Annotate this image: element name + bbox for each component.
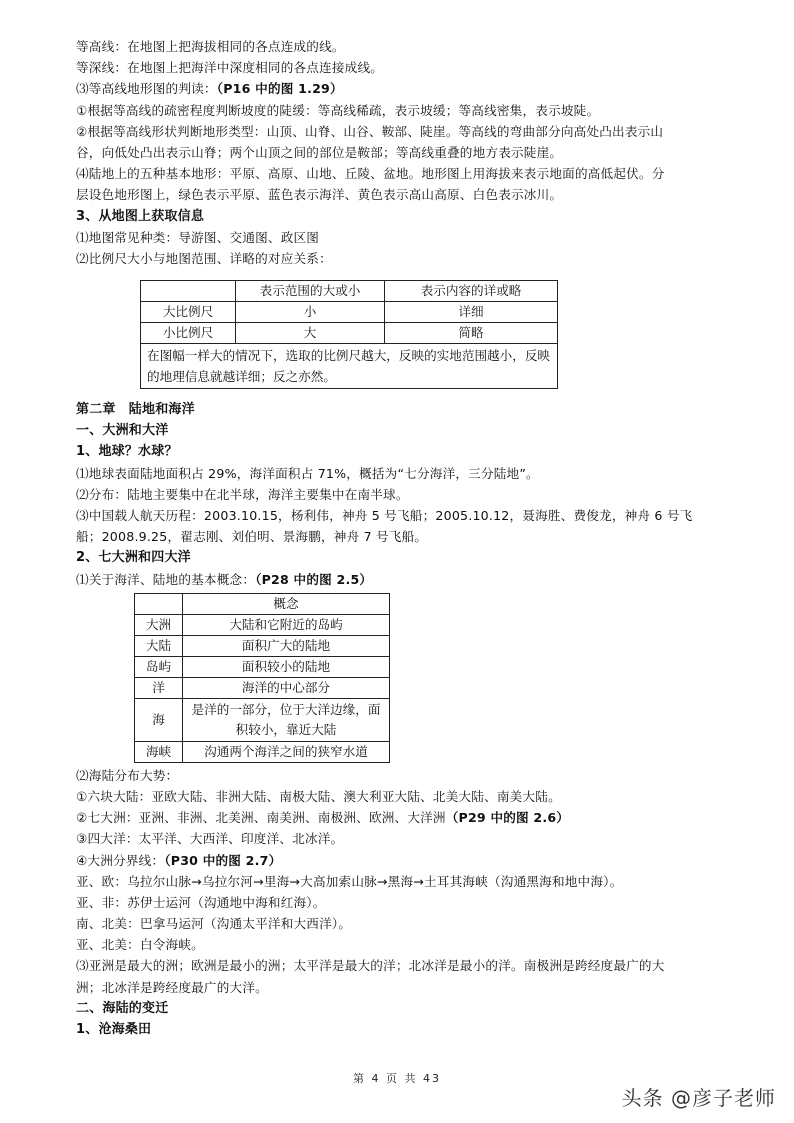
boundary-item: 南、北美：巴拿马运河（沟通太平洋和大西洋）。 bbox=[76, 913, 724, 934]
table-cell: 海峡 bbox=[135, 741, 183, 762]
table-cell: 面积较小的陆地 bbox=[183, 656, 390, 677]
contour-point: 层设色地形图上，绿色表示平原、蓝色表示海洋、黄色表示高山高原、白色表示冰川。 bbox=[76, 184, 724, 205]
table-cell: 海 bbox=[135, 698, 183, 741]
contour-point: 谷，向低处凸出表示山脊；两个山顶之间的部位是鞍部；等高线重叠的地方表示陡崖。 bbox=[76, 142, 724, 163]
sub-item: ⑵分布：陆地主要集中在北半球，海洋主要集中在南半球。 bbox=[76, 484, 724, 505]
sub-item: ⑴地球表面陆地面积占 29%，海洋面积占 71%，概括为“七分海洋，三分陆地”。 bbox=[76, 463, 724, 484]
table-cell: 岛屿 bbox=[135, 656, 183, 677]
table-header-cell: 表示内容的详或略 bbox=[385, 281, 558, 302]
sub-heading: 1、地球？水球？ bbox=[76, 441, 724, 462]
section-item: ⑵比例尺大小与地图范围、详略的对应关系： bbox=[76, 248, 724, 269]
sub-item: 船；2008.9.25，翟志刚、刘伯明、景海鹏，神舟 7 号飞船。 bbox=[76, 526, 724, 547]
boundary-item: 亚、非：苏伊士运河（沟通地中海和红海）。 bbox=[76, 892, 724, 913]
table-cell: 大比例尺 bbox=[141, 302, 236, 323]
table-row: 海 是洋的一部分，位于大洋边缘，面积较小，靠近大陆 bbox=[135, 698, 390, 741]
table-row: 岛屿 面积较小的陆地 bbox=[135, 656, 390, 677]
table-header-row: 概念 bbox=[135, 593, 390, 614]
table-row: 小比例尺 大 简略 bbox=[141, 323, 558, 344]
contour-point: ①根据等高线的疏密程度判断坡度的陡缓：等高线稀疏，表示坡缓；等高线密集，表示坡陡… bbox=[76, 100, 724, 121]
figure-reference: （P16 中的图 1.29） bbox=[217, 81, 343, 96]
figure-reference: （P29 中的图 2.6） bbox=[446, 810, 569, 825]
table-cell: 大陆 bbox=[135, 635, 183, 656]
sub-heading: 2、七大洲和四大洋 bbox=[76, 547, 724, 568]
sub-intro-prefix: ⑴关于海洋、陆地的基本概念： bbox=[76, 572, 255, 587]
watermark: 头条 @彦子老师 bbox=[622, 1082, 776, 1111]
table-cell: 面积广大的陆地 bbox=[183, 635, 390, 656]
table-cell: 海洋的中心部分 bbox=[183, 677, 390, 698]
table-header-cell bbox=[141, 281, 236, 302]
table-row: 大洲 大陆和它附近的岛屿 bbox=[135, 614, 390, 635]
table-cell: 小 bbox=[236, 302, 385, 323]
table-cell: 沟通两个海洋之间的狭窄水道 bbox=[183, 741, 390, 762]
definition-isobath: 等深线：在地图上把海洋中深度相同的各点连接成线。 bbox=[76, 57, 724, 78]
contour-point: ②根据等高线形状判断地形类型：山顶、山脊、山谷、鞍部、陡崖。等高线的弯曲部分向高… bbox=[76, 121, 724, 142]
boundary-item: 亚、北美：白令海峡。 bbox=[76, 934, 724, 955]
table-cell: 简略 bbox=[385, 323, 558, 344]
section-item: ⑴地图常见种类：导游图、交通图、政区图 bbox=[76, 227, 724, 248]
contour-reading-prefix: ⑶等高线地形图的判读： bbox=[76, 81, 217, 96]
boundaries-intro-prefix: ④大洲分界线： bbox=[76, 853, 164, 868]
table-cell: 大洲 bbox=[135, 614, 183, 635]
table-header-row: 表示范围的大或小 表示内容的详或略 bbox=[141, 281, 558, 302]
table-header-cell bbox=[135, 593, 183, 614]
seven-continents: ②七大洲：亚洲、非洲、北美洲、南美洲、南极洲、欧洲、大洋洲（P29 中的图 2.… bbox=[76, 807, 724, 828]
table-cell: 详细 bbox=[385, 302, 558, 323]
table-row: 海峡 沟通两个海洋之间的狭窄水道 bbox=[135, 741, 390, 762]
table-note: 在图幅一样大的情况下，选取的比例尺越大，反映的实地范围越小，反映的地理信息就越详… bbox=[141, 344, 558, 389]
contour-point: ⑷陆地上的五种基本地形：平原、高原、山地、丘陵、盆地。地形图上用海拔来表示地面的… bbox=[76, 163, 724, 184]
sub-item: ⑶中国载人航天历程：2003.10.15，杨利伟，神舟 5 号飞船；2005.1… bbox=[76, 505, 724, 526]
table-header-cell: 概念 bbox=[183, 593, 390, 614]
boundaries-intro: ④大洲分界线：（P30 中的图 2.7） bbox=[76, 850, 724, 871]
distribution-item: ①六块大陆：亚欧大陆、非洲大陆、南极大陆、澳大利亚大陆、北美大陆、南美大陆。 bbox=[76, 786, 724, 807]
part-heading: 二、海陆的变迁 bbox=[76, 998, 724, 1019]
section-heading: 3、从地图上获取信息 bbox=[76, 206, 724, 227]
figure-reference: （P28 中的图 2.5） bbox=[255, 572, 372, 587]
boundary-item: 亚、欧：乌拉尔山脉→乌拉尔河→里海→大高加索山脉→黑海→土耳其海峡（沟通黑海和地… bbox=[76, 871, 724, 892]
sub-heading: 1、沧海桑田 bbox=[76, 1019, 724, 1040]
table-header-cell: 表示范围的大或小 bbox=[236, 281, 385, 302]
table-cell: 小比例尺 bbox=[141, 323, 236, 344]
figure-reference: （P30 中的图 2.7） bbox=[164, 853, 281, 868]
table-cell: 洋 bbox=[135, 677, 183, 698]
distribution-heading: ⑵海陆分布大势： bbox=[76, 765, 724, 786]
superlative-line: ⑶亚洲是最大的洲；欧洲是最小的洲；太平洋是最大的洋；北冰洋是最小的洋。南极洲是跨… bbox=[76, 955, 724, 976]
four-oceans: ③四大洋：太平洋、大西洋、印度洋、北冰洋。 bbox=[76, 828, 724, 849]
table-row: 洋 海洋的中心部分 bbox=[135, 677, 390, 698]
contour-reading-heading: ⑶等高线地形图的判读：（P16 中的图 1.29） bbox=[76, 78, 724, 99]
chapter-title: 第二章 陆地和海洋 bbox=[76, 399, 724, 420]
concept-table: 概念 大洲 大陆和它附近的岛屿 大陆 面积广大的陆地 岛屿 面积较小的陆地 洋 … bbox=[134, 593, 390, 763]
table-cell: 大 bbox=[236, 323, 385, 344]
sub-intro: ⑴关于海洋、陆地的基本概念：（P28 中的图 2.5） bbox=[76, 569, 724, 590]
table-cell: 大陆和它附近的岛屿 bbox=[183, 614, 390, 635]
definition-contour-line: 等高线：在地图上把海拔相同的各点连成的线。 bbox=[76, 36, 724, 57]
table-note-row: 在图幅一样大的情况下，选取的比例尺越大，反映的实地范围越小，反映的地理信息就越详… bbox=[141, 344, 558, 389]
document-page: 等高线：在地图上把海拔相同的各点连成的线。 等深线：在地图上把海洋中深度相同的各… bbox=[76, 36, 724, 1040]
part-heading: 一、大洲和大洋 bbox=[76, 420, 724, 441]
table-row: 大陆 面积广大的陆地 bbox=[135, 635, 390, 656]
table-cell: 是洋的一部分，位于大洋边缘，面积较小，靠近大陆 bbox=[183, 698, 390, 741]
seven-continents-text: ②七大洲：亚洲、非洲、北美洲、南美洲、南极洲、欧洲、大洋洲 bbox=[76, 810, 446, 825]
scale-table: 表示范围的大或小 表示内容的详或略 大比例尺 小 详细 小比例尺 大 简略 在图… bbox=[140, 280, 558, 389]
superlative-line: 洲；北冰洋是跨经度最广的大洋。 bbox=[76, 977, 724, 998]
table-row: 大比例尺 小 详细 bbox=[141, 302, 558, 323]
